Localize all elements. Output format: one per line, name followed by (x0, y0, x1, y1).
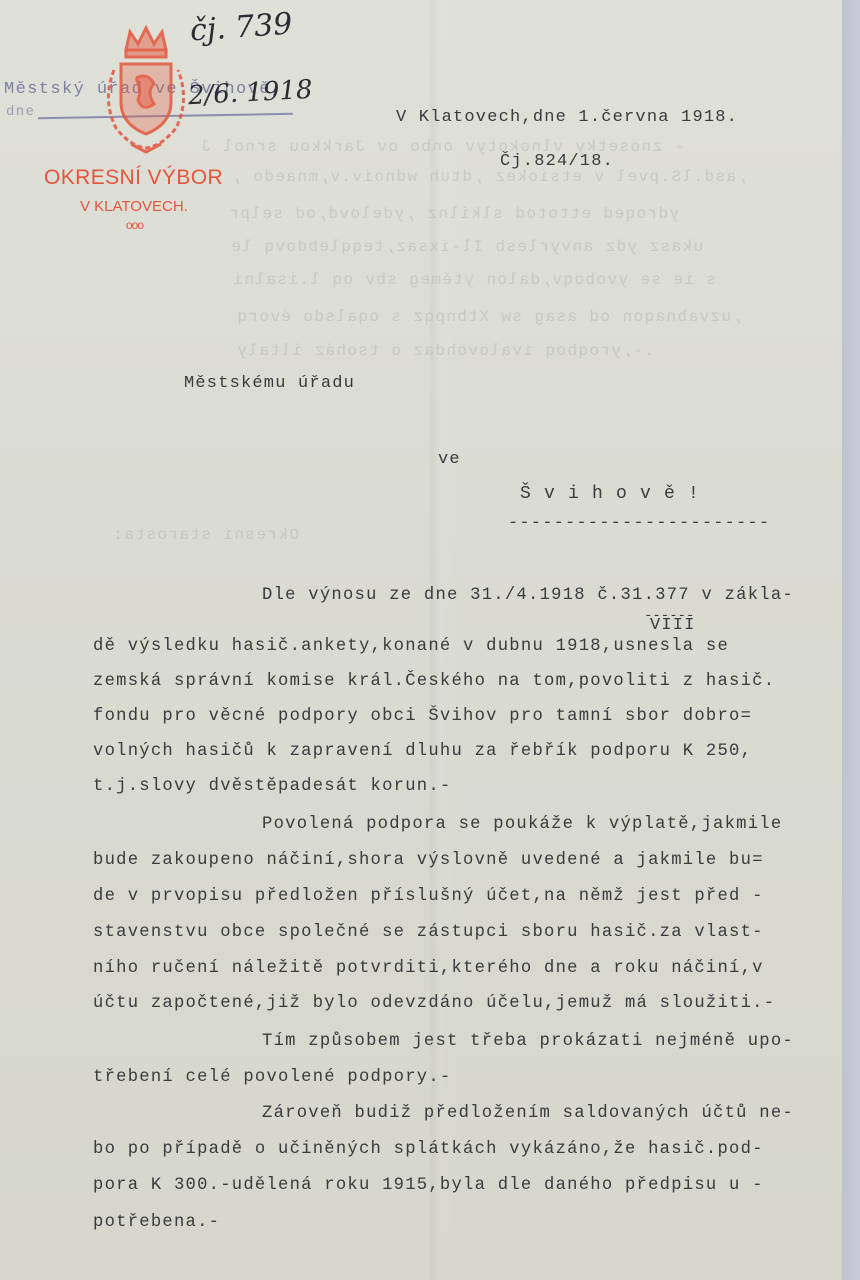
body-line: bude zakoupeno náčiní,shora výslovně uve… (93, 851, 764, 870)
reference-number: Čj.824/18. (500, 152, 614, 171)
body-line: Tím způsobem jest třeba prokázati nejmén… (262, 1032, 794, 1051)
recipient-town: Š v i h o v ě ! (520, 484, 700, 504)
body-line: Povolená podpora se poukáže k výplatě,ja… (262, 815, 782, 834)
stamp-title: OKRESNÍ VÝBOR (44, 166, 223, 190)
recipient-office: Městskému úřadu (184, 374, 355, 393)
body-line: de v prvopisu předložen příslušný účet,n… (93, 887, 764, 906)
coat-of-arms-icon (96, 20, 196, 155)
reference-fraction-denominator: VIII (650, 616, 696, 635)
body-line: volných hasičů k zapravení dluhu za řebř… (93, 742, 752, 761)
body-line: účtu započtené,již bylo odevzdáno účelu,… (93, 994, 775, 1013)
body-line: bo po případě o učiněných splátkách vyká… (93, 1140, 764, 1159)
bleed-through-line: .-,yroqboq ivalovohdaz o tsoház iltaly (236, 342, 654, 360)
body-line: dě výsledku hasič.ankety,konané v dubnu … (93, 637, 729, 656)
body-line: stavenstvu obce společné se zástupci sbo… (93, 923, 764, 942)
body-line: pora K 300.-udělená roku 1915,byla dle d… (93, 1176, 764, 1195)
body-line: zemská správní komise král.Českého na to… (93, 672, 775, 691)
body-line: potřebena.- (93, 1213, 220, 1232)
page-edge-background (842, 0, 860, 1280)
bleed-through-line: ,asd.lS.pvel v etsiokez ,dtuh wdnoiv.v,m… (230, 168, 747, 186)
bleed-through-line: s ie se yvoboqv,dalon ytěmeg sbv oq l.is… (232, 271, 716, 289)
body-line: Zároveň budiž předložením saldovaných úč… (262, 1104, 794, 1123)
body-line: t.j.slovy dvěstěpadesát korun.- (93, 777, 452, 796)
received-stamp-date-label: dne (6, 104, 35, 120)
bleed-through-line: ,uzvabnaqon od asag sw Xtbnpqz s oqalsdo… (236, 308, 742, 326)
body-line: Dle výnosu ze dne 31./4.1918 č.31.377 v … (262, 586, 794, 605)
body-line: fondu pro věcné podpory obci Švihov pro … (93, 707, 752, 726)
bleed-through-line: ukasz ydz anvyrlesb Il-ixsaz,teqqlebdovq… (230, 238, 703, 256)
body-line: ního ručení náležitě potvrditi,kterého d… (93, 959, 764, 978)
stamp-subtitle: V KLATOVECH. (80, 198, 188, 215)
bleed-through-line: ydroqed ettotod slkilnz ,ydelovd,od selp… (228, 205, 679, 223)
handwritten-reference-number: čj. 739 (189, 6, 294, 48)
place-and-date: V Klatovech,dne 1.června 1918. (396, 108, 738, 127)
recipient-underline: ----------------------- (508, 514, 770, 533)
recipient-preposition: ve (438, 450, 461, 469)
body-line: třebení celé povolené podpory.- (93, 1068, 452, 1087)
stamp-ornament-icon: ooo (126, 218, 143, 232)
bleed-through-signature-label: Okresní starosta: (112, 526, 299, 544)
